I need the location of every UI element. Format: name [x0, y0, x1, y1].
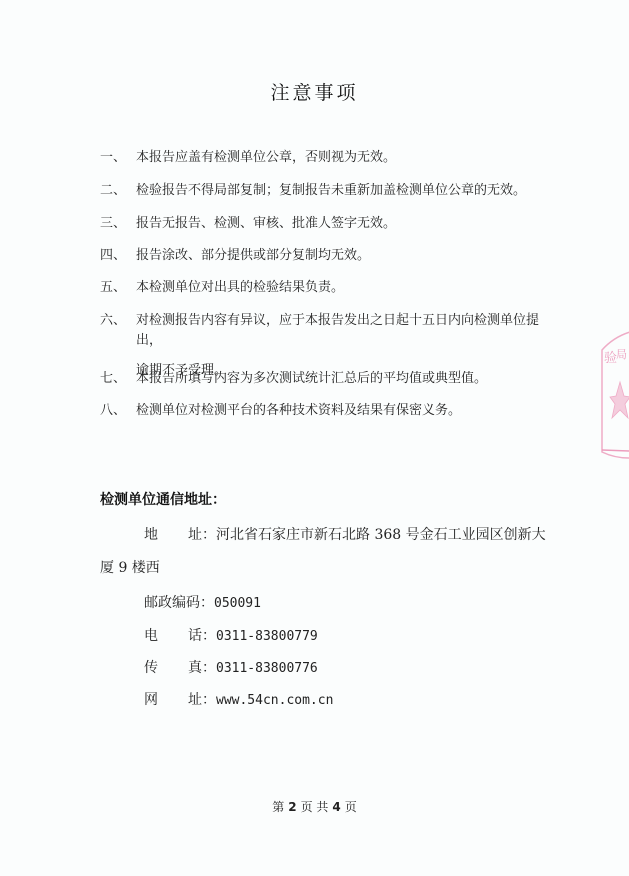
phone-value: 0311-83800779	[216, 629, 318, 644]
website-value: www.54cn.com.cn	[216, 693, 333, 708]
svg-text:局: 局	[616, 348, 627, 361]
notice-number: 三、	[100, 214, 136, 234]
website-row: 网址：www.54cn.com.cn	[144, 690, 333, 711]
notice-text: 本检测单位对出具的检验结果负责。	[136, 278, 560, 298]
notice-item-8: 八、 检测单位对检测平台的各种技术资料及结果有保密义务。	[100, 401, 560, 421]
fax-label-b: 真：	[188, 658, 216, 678]
notice-text: 检验报告不得局部复制；复制报告未重新加盖检测单位公章的无效。	[136, 181, 560, 201]
page-title: 注意事项	[0, 78, 629, 105]
address-row: 地址：河北省石家庄市新石北路 368 号金石工业园区创新大	[144, 525, 546, 545]
notice-item-3: 三、 报告无报告、检测、审核、批准人签字无效。	[100, 214, 560, 234]
notice-text: 报告涂改、部分提供或部分复制均无效。	[136, 246, 560, 266]
notice-item-2: 二、 检验报告不得局部复制；复制报告未重新加盖检测单位公章的无效。	[100, 181, 560, 201]
address-row-continued: 厦 9 楼西	[100, 558, 160, 578]
notice-text: 检测单位对检测平台的各种技术资料及结果有保密义务。	[136, 401, 560, 421]
page-prefix: 第	[272, 800, 284, 814]
phone-label-a: 电	[144, 626, 188, 646]
notice-item-4: 四、 报告涂改、部分提供或部分复制均无效。	[100, 246, 560, 266]
notice-item-1: 一、 本报告应盖有检测单位公章，否则视为无效。	[100, 148, 560, 168]
phone-row: 电话：0311-83800779	[144, 626, 318, 647]
page-total: 4	[332, 800, 340, 814]
page-suffix: 页	[345, 800, 357, 814]
postcode-label: 邮政编码：	[144, 593, 214, 613]
fax-value: 0311-83800776	[216, 661, 318, 676]
postcode-row: 邮政编码：050091	[144, 593, 261, 614]
notice-number: 四、	[100, 246, 136, 266]
notice-number: 八、	[100, 401, 136, 421]
contact-heading: 检测单位通信地址：	[100, 489, 226, 509]
phone-label-b: 话：	[188, 626, 216, 646]
notice-text: 本报告应盖有检测单位公章，否则视为无效。	[136, 148, 560, 168]
address-line-1: 河北省石家庄市新石北路 368 号金石工业园区创新大	[216, 527, 546, 543]
notice-number: 七、	[100, 369, 136, 389]
page-current: 2	[288, 800, 296, 814]
address-label-b: 址：	[188, 525, 216, 545]
notice-number: 二、	[100, 181, 136, 201]
address-line-2: 厦 9 楼西	[100, 560, 160, 576]
notice-number: 六、	[100, 311, 136, 331]
fax-label-a: 传	[144, 658, 188, 678]
address-label-a: 地	[144, 525, 188, 545]
fax-row: 传真：0311-83800776	[144, 658, 318, 679]
notice-text: 报告无报告、检测、审核、批准人签字无效。	[136, 214, 560, 234]
seal-stamp-icon: 验 局	[598, 330, 629, 460]
website-label-a: 网	[144, 690, 188, 710]
notice-text: 本报告所填写内容为多次测试统计汇总后的平均值或典型值。	[136, 369, 560, 389]
notice-number: 一、	[100, 148, 136, 168]
notice-item-7: 七、 本报告所填写内容为多次测试统计汇总后的平均值或典型值。	[100, 369, 560, 389]
page-mid: 页 共	[301, 800, 329, 814]
seal-stamp-partial: 验 局	[598, 330, 629, 460]
notice-number: 五、	[100, 278, 136, 298]
notice-text: 对检测报告内容有异议，应于本报告发出之日起十五日内向检测单位提出，	[136, 311, 560, 351]
postcode-value: 050091	[214, 596, 261, 611]
page-number-footer: 第2页 共4页	[0, 798, 629, 815]
notice-item-5: 五、 本检测单位对出具的检验结果负责。	[100, 278, 560, 298]
website-label-b: 址：	[188, 690, 216, 710]
